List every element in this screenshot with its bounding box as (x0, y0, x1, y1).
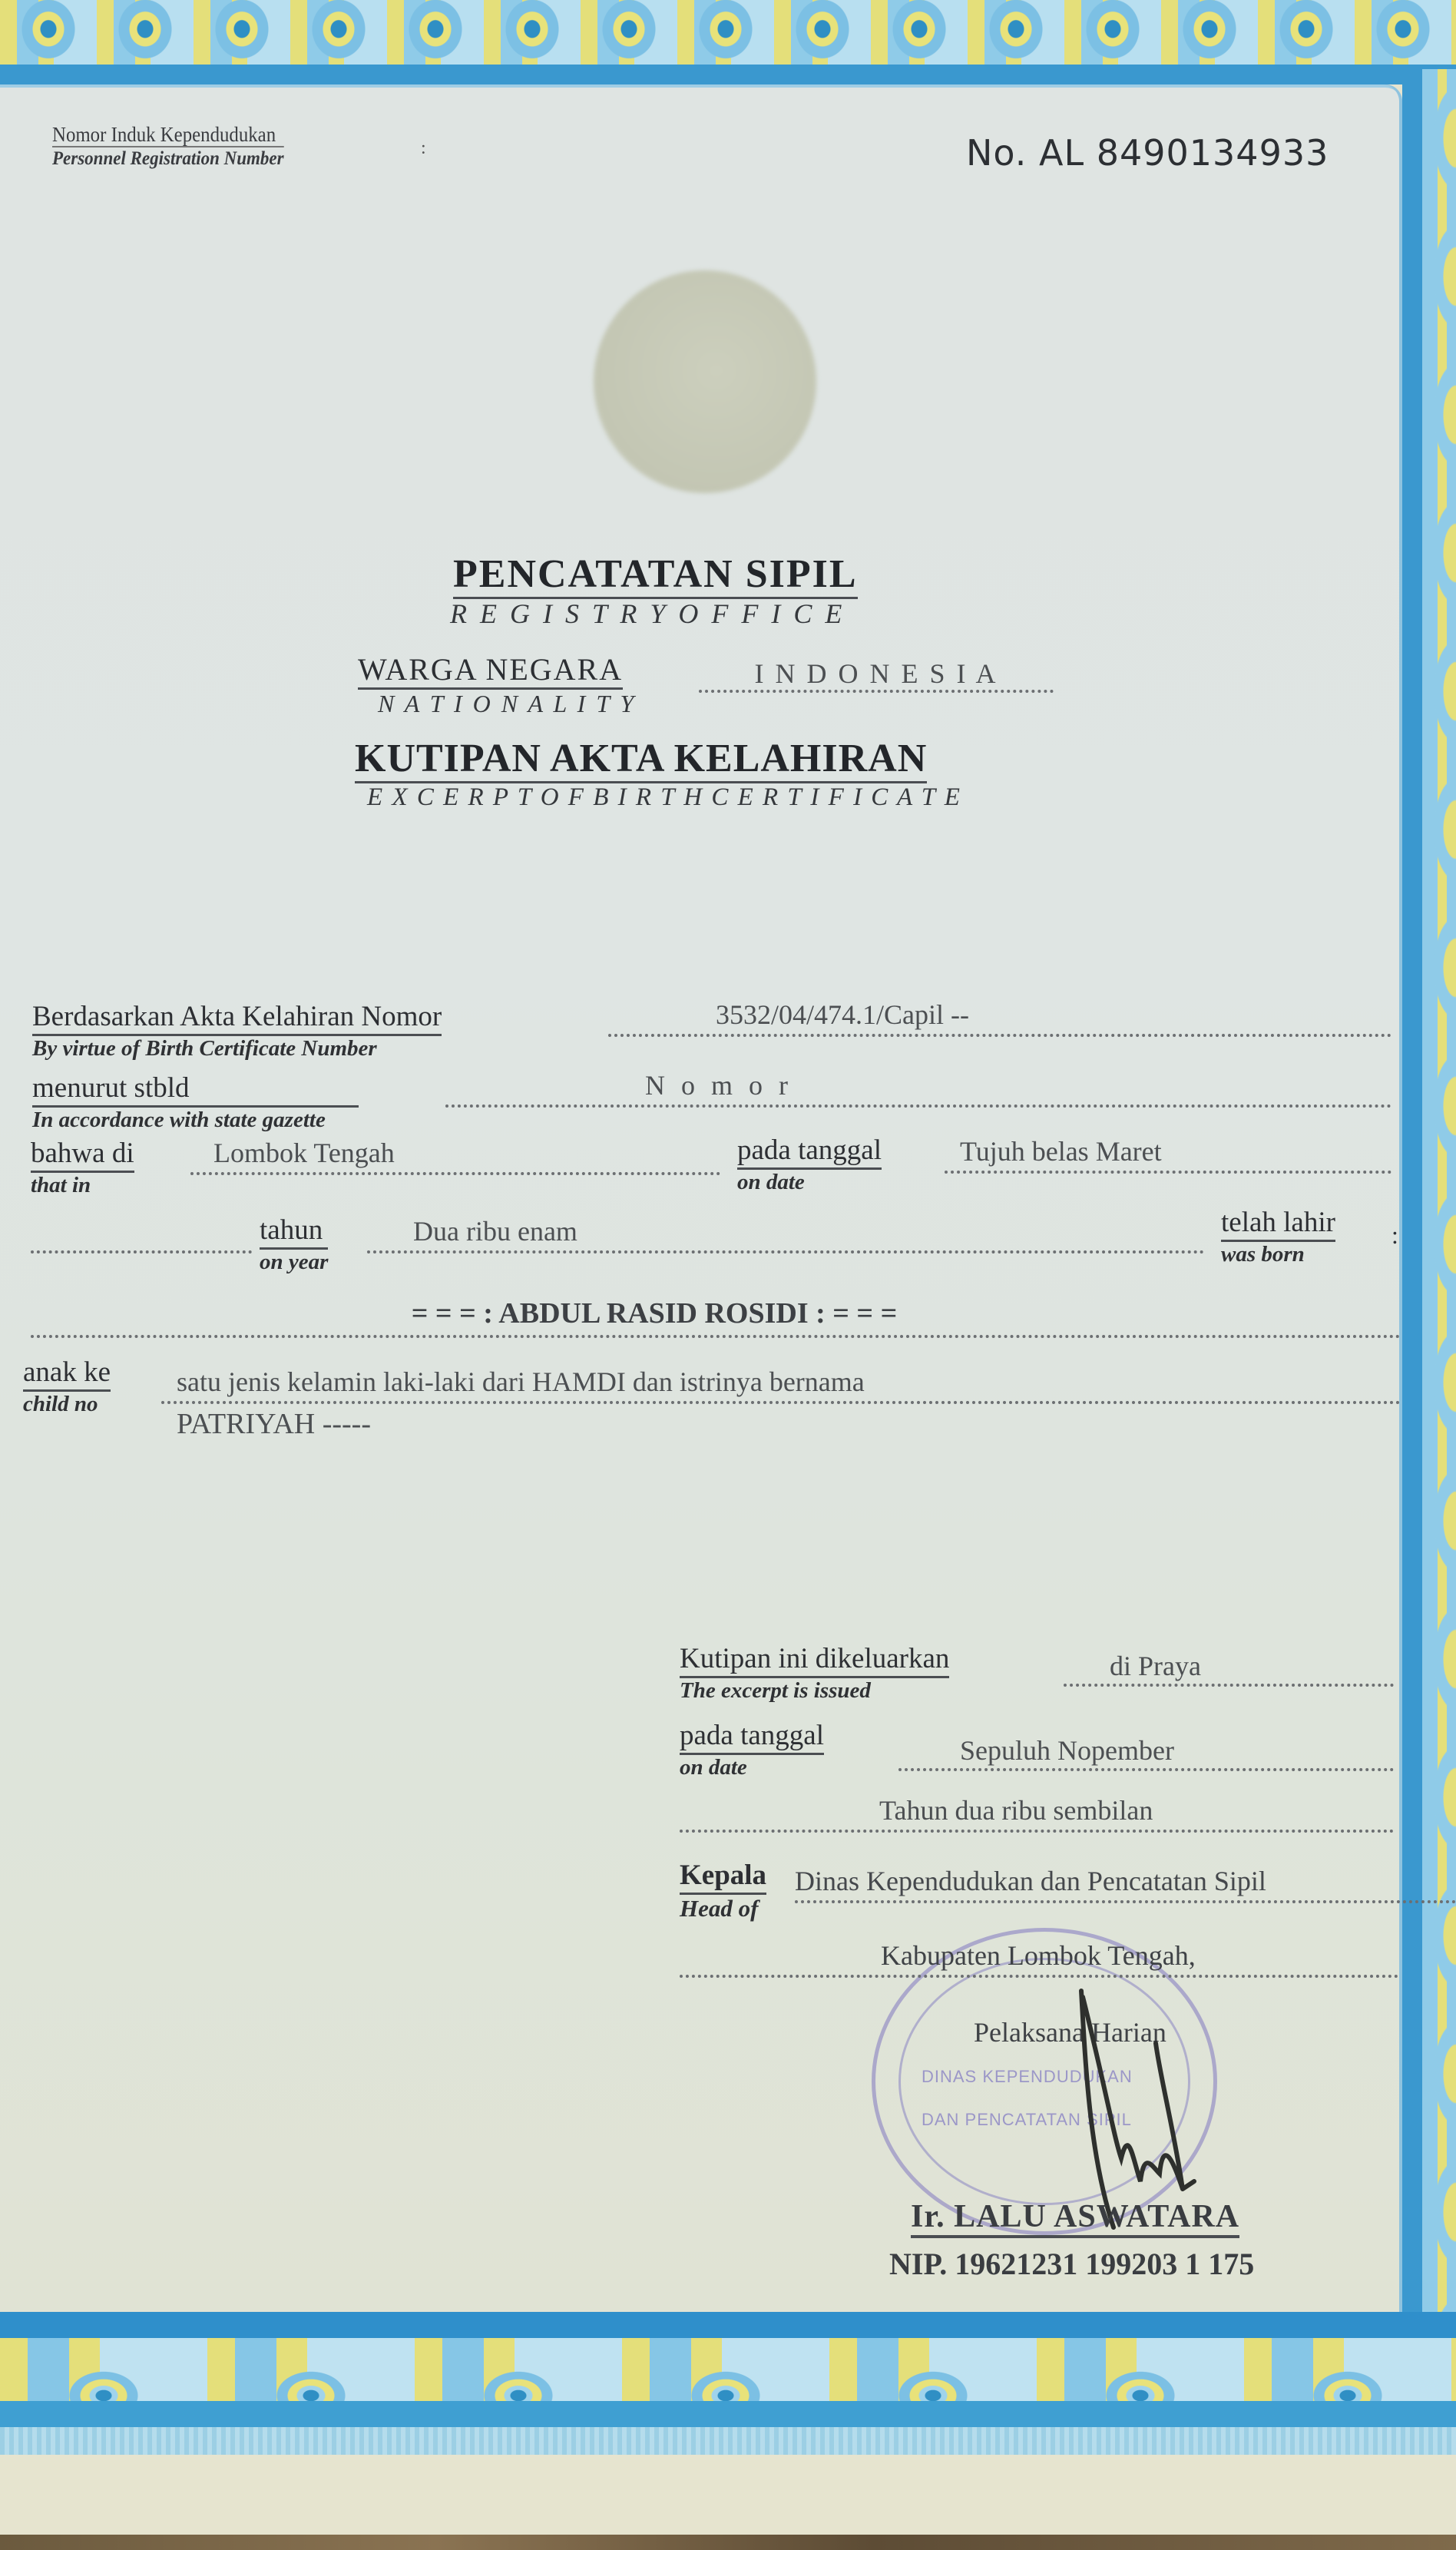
child-name: = = = : ABDUL RASID ROSIDI : = = = (412, 1297, 897, 1330)
year-field: Dua ribu enam (367, 1215, 1204, 1253)
cert-number-field: 3532/04/474.1/Capil -- (608, 998, 1391, 1037)
serial-number: No. AL 8490134933 (966, 132, 1329, 174)
nik-label-en: Personnel Registration Number (52, 147, 284, 171)
birth-date-label: pada tanggal (737, 1134, 882, 1170)
regency-field: Kabupaten Lombok Tengah, (680, 1939, 1398, 1978)
issued-year: Tahun dua ribu sembilan (879, 1795, 1153, 1826)
place-label: bahwa di (31, 1137, 134, 1173)
birth-date-field: Tujuh belas Maret (945, 1135, 1391, 1174)
born-colon: : (1391, 1221, 1398, 1250)
issued-place: di Praya (1110, 1651, 1201, 1681)
cert-number-label-block: Berdasarkan Akta Kelahiran Nomor By virt… (32, 1000, 442, 1061)
year-label: tahun (260, 1214, 328, 1250)
nationality-value: I N D O N E S I A (699, 657, 1054, 693)
child-details-field: satu jenis kelamin laki-laki dari HAMDI … (161, 1366, 1401, 1404)
birth-date-label-en: on date (737, 1170, 882, 1195)
born-label-block: telah lahir was born (1221, 1206, 1335, 1267)
decorative-border-right (1402, 69, 1456, 2320)
official-name: Ir. LALU ASWATARA (911, 2198, 1239, 2238)
birth-date-value: Tujuh belas Maret (960, 1136, 1162, 1167)
table-surface (0, 2535, 1456, 2550)
place-value: Lombok Tengah (213, 1138, 395, 1168)
head-label-en: Head of (680, 1895, 766, 1922)
born-label-en: was born (1221, 1242, 1335, 1267)
stbld-label: menurut stbld (32, 1071, 359, 1108)
issued-label: Kutipan ini dikeluarkan (680, 1642, 949, 1678)
stbld-label-block: menurut stbld In accordance with state g… (32, 1071, 359, 1133)
office-title: PENCATATAN SIPIL (453, 551, 858, 599)
year-label-block: tahun on year (260, 1214, 328, 1275)
stbld-label-en: In accordance with state gazette (32, 1108, 359, 1133)
birth-date-label-block: pada tanggal on date (737, 1134, 882, 1195)
nik-colon: : (421, 138, 426, 159)
issued-place-field: di Praya (1064, 1650, 1394, 1687)
nationality-label: WARGA NEGARA (358, 651, 623, 690)
cert-number-value: 3532/04/474.1/Capil -- (716, 999, 969, 1030)
issued-label-en: The excerpt is issued (680, 1678, 949, 1704)
document-title: KUTIPAN AKTA KELAHIRAN (355, 736, 927, 783)
year-leading-dots (31, 1223, 252, 1253)
nik-label: Nomor Induk Kependudukan (52, 123, 284, 147)
child-no-label-en: child no (23, 1392, 111, 1417)
place-label-en: that in (31, 1173, 134, 1198)
official-nip: NIP. 19621231 199203 1 175 (889, 2246, 1254, 2282)
head-office: Dinas Kependudukan dan Pencatatan Sipil (795, 1865, 1456, 1903)
issued-date: Sepuluh Nopember (960, 1735, 1174, 1766)
issued-date-label: pada tanggal (680, 1719, 824, 1755)
child-no-label: anak ke (23, 1356, 111, 1392)
nik-label-block: Nomor Induk Kependudukan Personnel Regis… (52, 123, 284, 171)
issued-date-label-en: on date (680, 1755, 824, 1780)
cert-number-label: Berdasarkan Akta Kelahiran Nomor (32, 1000, 442, 1036)
cert-number-label-en: By virtue of Birth Certificate Number (32, 1036, 442, 1061)
born-label: telah lahir (1221, 1206, 1335, 1242)
mother-name: PATRIYAH ----- (177, 1407, 371, 1441)
office-title-en: R E G I S T R Y O F F I C E (450, 598, 845, 630)
watermark-seal (594, 270, 816, 493)
issued-date-label-block: pada tanggal on date (680, 1719, 824, 1780)
child-no-label-block: anak ke child no (23, 1356, 111, 1417)
head-label: Kepala (680, 1859, 766, 1895)
issued-label-block: Kutipan ini dikeluarkan The excerpt is i… (680, 1642, 949, 1704)
place-label-block: bahwa di that in (31, 1137, 134, 1198)
stbld-field: N o m o r (445, 1069, 1391, 1108)
issued-date-field: Sepuluh Nopember (898, 1734, 1394, 1771)
stbld-value: N o m o r (645, 1070, 793, 1101)
decorative-border-top (0, 0, 1456, 84)
year-value: Dua ribu enam (413, 1216, 577, 1247)
place-field: Lombok Tengah (190, 1137, 720, 1175)
document-title-en: E X C E R P T O F B I R T H C E R T I F … (367, 783, 961, 812)
decorative-border-bottom (0, 2312, 1456, 2427)
issued-year-field: Tahun dua ribu sembilan (680, 1794, 1394, 1833)
nationality-label-en: N A T I O N A L I T Y (378, 690, 636, 718)
head-label-block: Kepala Head of (680, 1859, 766, 1922)
child-details: satu jenis kelamin laki-laki dari HAMDI … (177, 1366, 865, 1397)
year-label-en: on year (260, 1250, 328, 1275)
regency: Kabupaten Lombok Tengah, (881, 1940, 1196, 1971)
child-name-field: = = = : ABDUL RASID ROSIDI : = = = (31, 1297, 1401, 1338)
